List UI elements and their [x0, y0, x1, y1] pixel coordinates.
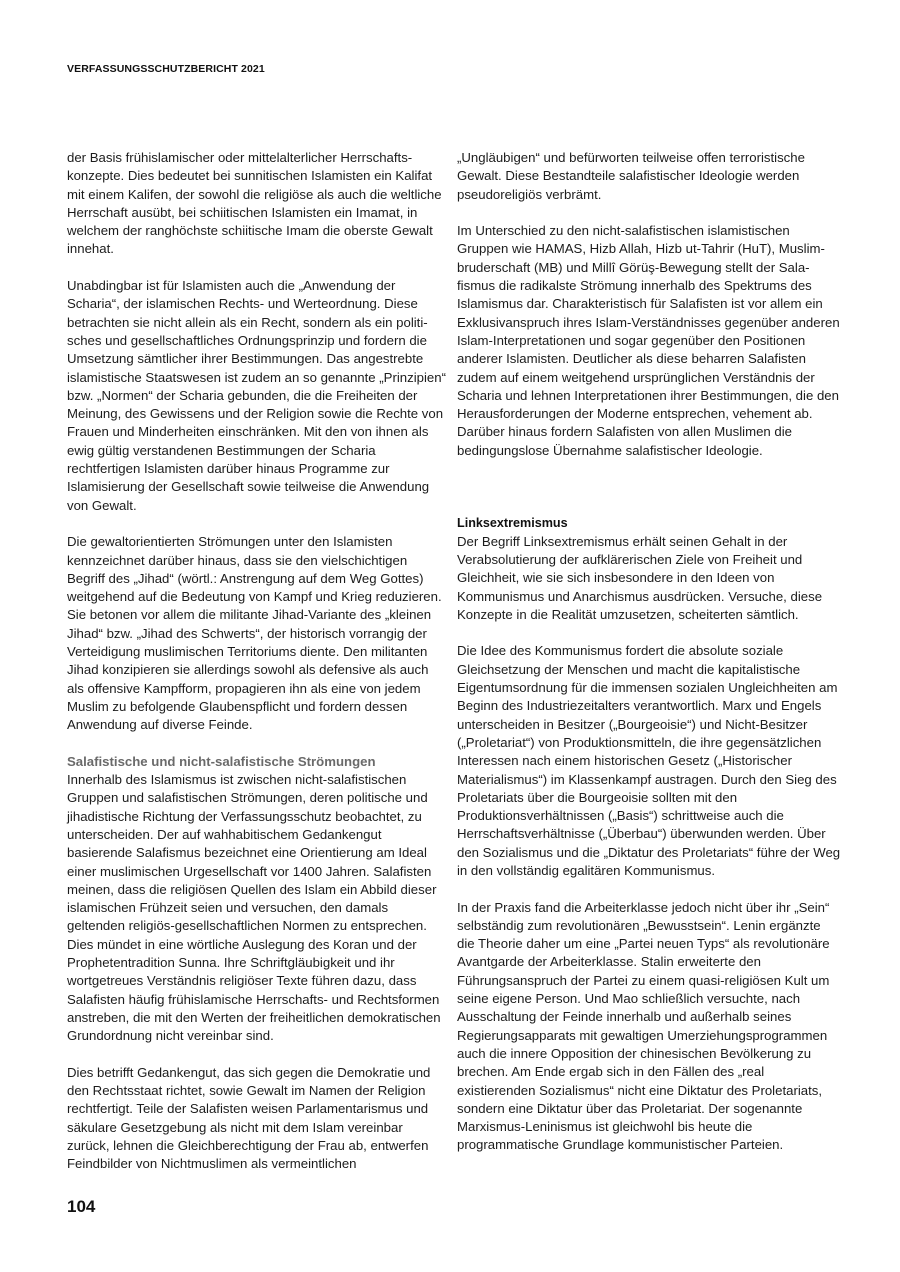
page-number: 104 — [67, 1197, 95, 1217]
paragraph: Der Begriff Linksextremismus erhält sein… — [457, 534, 822, 622]
section-salafism: Salafistische und nicht-salafistische St… — [67, 753, 447, 1046]
paragraph: Unabdingbar ist für Islamisten auch die … — [67, 277, 447, 515]
paragraph: Die Idee des Kommunismus fordert die abs… — [457, 642, 841, 880]
paragraph: „Ungläubigen“ und befürworten teilweise … — [457, 149, 841, 204]
section-spacer — [457, 478, 841, 514]
paragraph: der Basis frühislamischer oder mittelalt… — [67, 149, 447, 259]
paragraph: Die gewaltorientierten Strömungen unter … — [67, 533, 447, 734]
section-left-extremism: Linksextremismus Der Begriff Linksextrem… — [457, 514, 841, 624]
running-header-title: VERFASSUNGSSCHUTZBERICHT 2021 — [67, 63, 265, 75]
paragraph: Dies betrifft Gedankengut, das sich gege… — [67, 1064, 447, 1174]
paragraph: Innerhalb des Islamismus ist zwischen ni… — [67, 772, 441, 1043]
section-heading: Linksextremismus — [457, 514, 841, 532]
right-text-column: „Ungläubigen“ und befürworten teilweise … — [457, 149, 841, 1173]
section-heading: Salafistische und nicht-salafistische St… — [67, 753, 447, 771]
paragraph: Im Unterschied zu den nicht-salafistisch… — [457, 222, 841, 460]
left-text-column: der Basis frühislamischer oder mittelalt… — [67, 149, 447, 1192]
paragraph: In der Praxis fand die Arbeiterklasse je… — [457, 899, 841, 1155]
